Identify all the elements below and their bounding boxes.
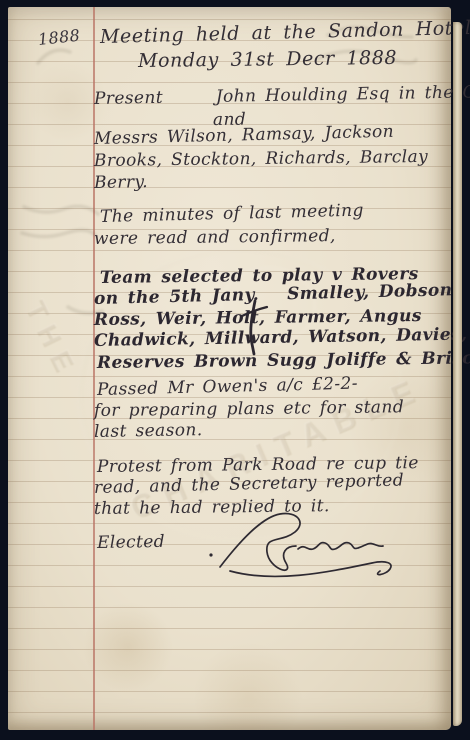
photo-background: THE CHARITABLE 1888 Meeting held at the … — [0, 0, 470, 740]
elected-label: Elected — [97, 532, 165, 554]
account-line: for preparing plans etc for stand — [94, 397, 404, 422]
signature-flourish — [204, 505, 414, 587]
minute-book-page: THE CHARITABLE 1888 Meeting held at the … — [8, 7, 451, 730]
attendance-line: Berry. — [94, 172, 148, 194]
minutes-line: were read and confirmed, — [94, 226, 336, 250]
heading-line-2: Monday 31st Decr 1888 — [138, 48, 397, 72]
year-annotation: 1888 — [37, 25, 81, 50]
ink-stroke-correction — [238, 299, 270, 357]
attendance-line: Brooks, Stockton, Richards, Barclay — [94, 147, 428, 172]
adjacent-page-edge — [453, 22, 462, 726]
team-line: Reserves Brown Sugg Joliffe & Briscoe. — [97, 348, 470, 374]
account-line: last season. — [94, 420, 203, 443]
